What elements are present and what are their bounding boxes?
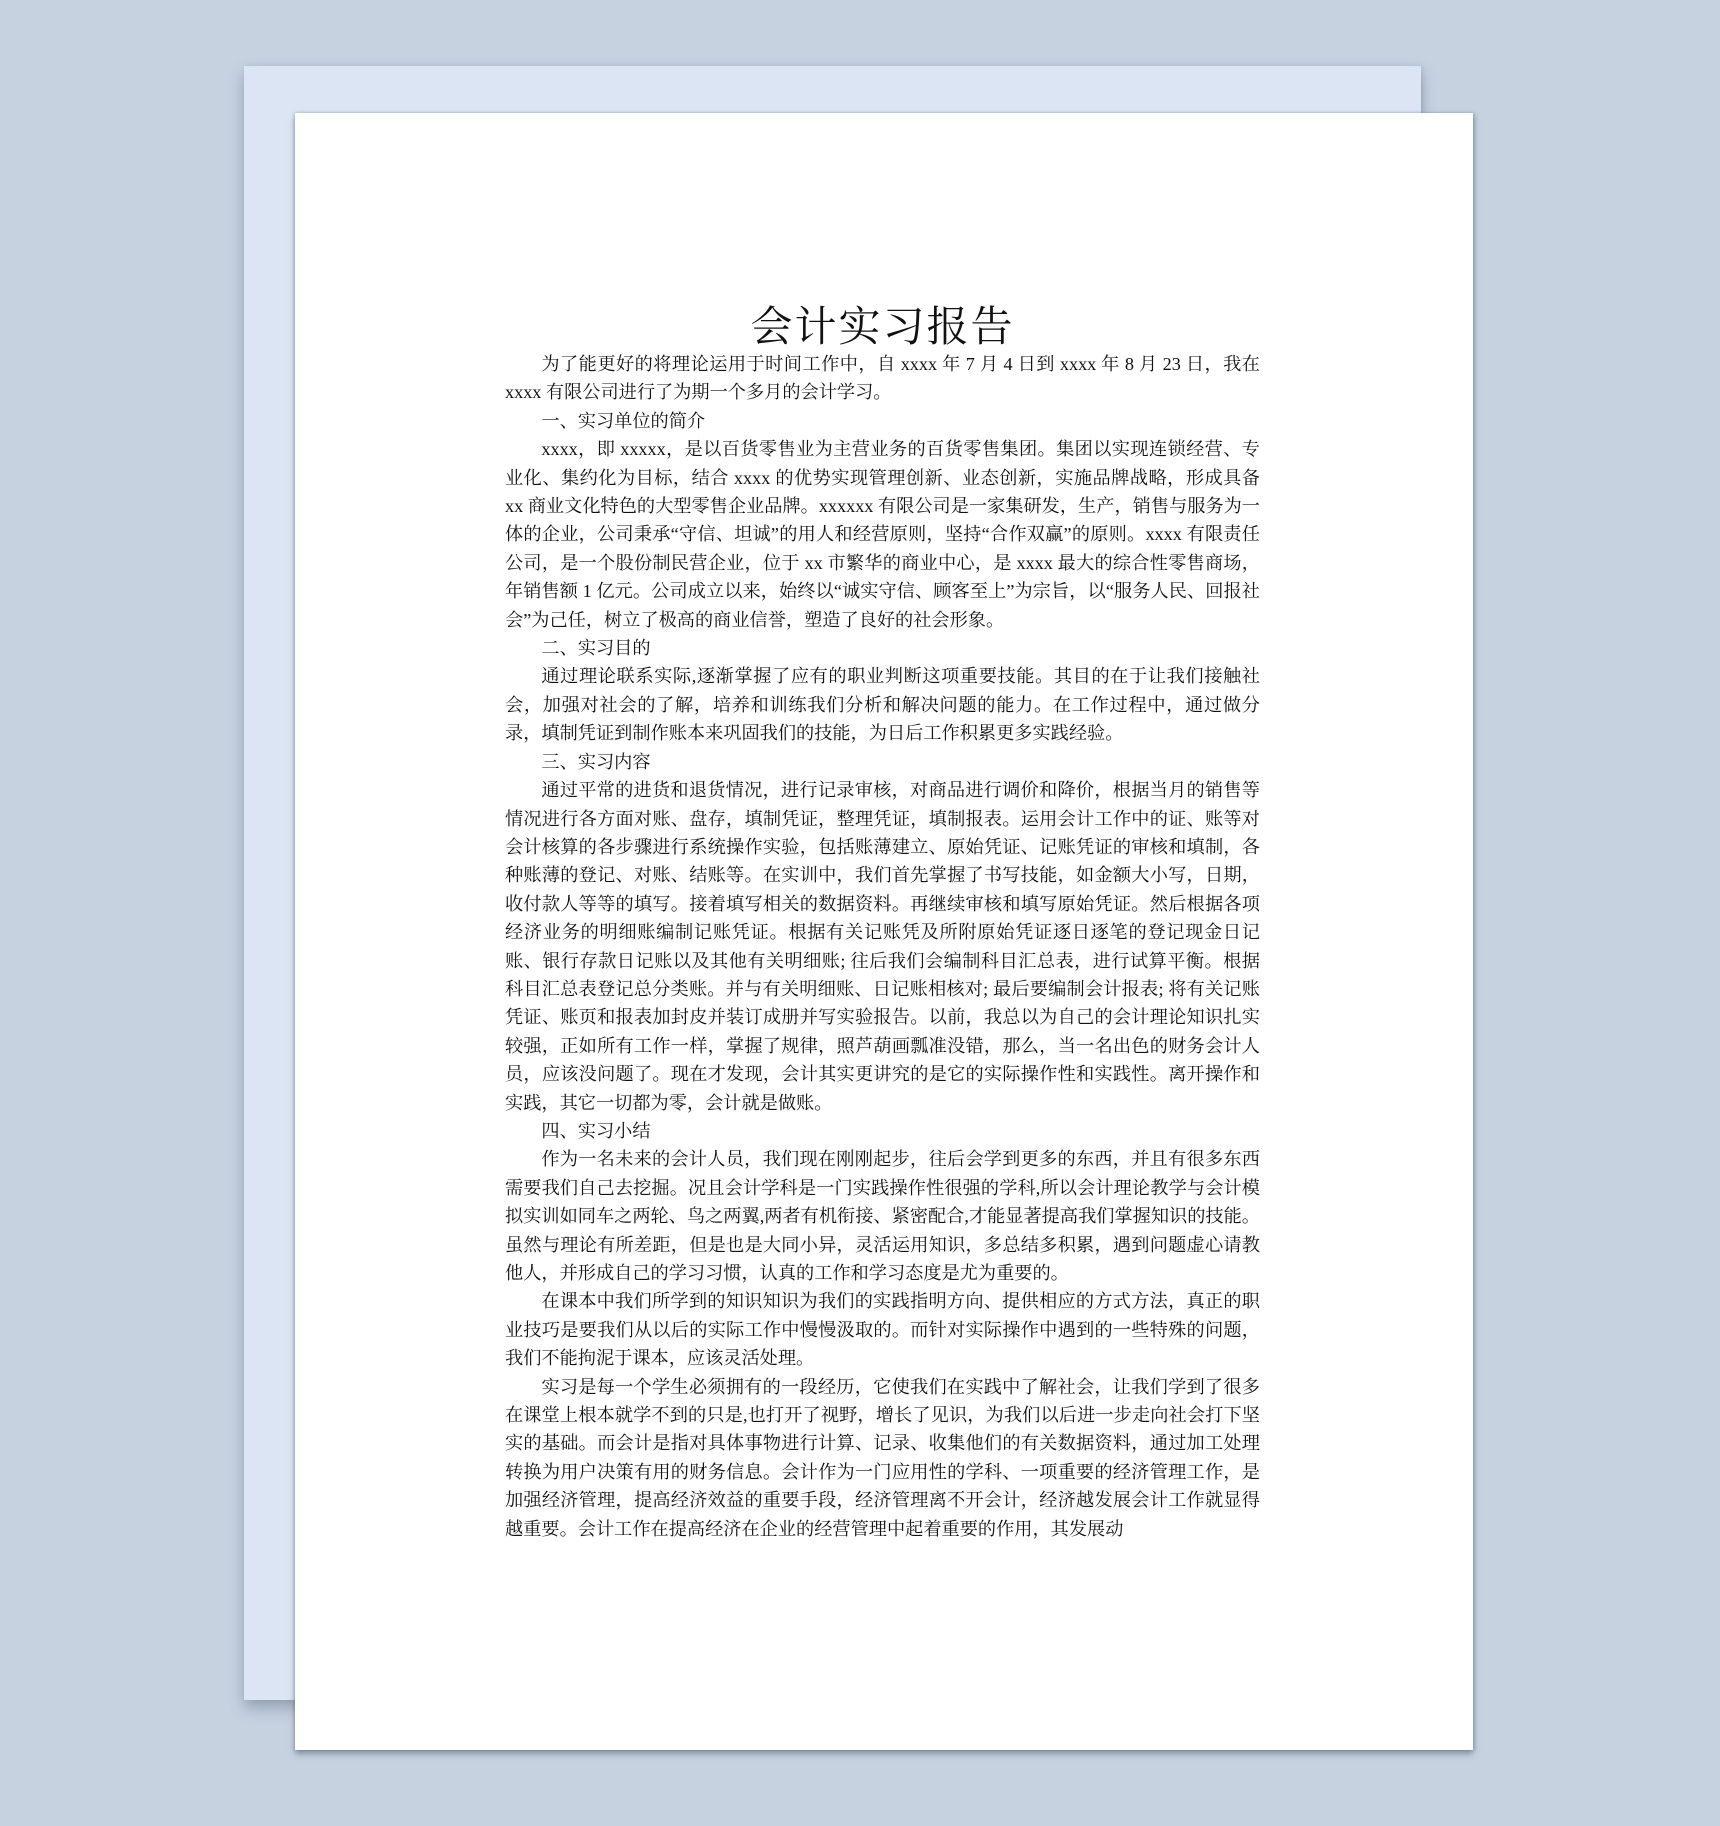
intro-paragraph: 为了能更好的将理论运用于时间工作中，自 xxxx 年 7 月 4 日到 xxxx… (505, 350, 1260, 407)
section-paragraph: 通过理论联系实际,逐渐掌握了应有的职业判断这项重要技能。其目的在于让我们接触社会… (505, 662, 1260, 747)
front-page-sheet: 会计实习报告 为了能更好的将理论运用于时间工作中，自 xxxx 年 7 月 4 … (295, 113, 1473, 1750)
section-paragraph: 实习是每一个学生必须拥有的一段经历，它使我们在实践中了解社会，让我们学到了很多在… (505, 1373, 1260, 1543)
section-paragraph: 在课本中我们所学到的知识知识为我们的实践指明方向、提供相应的方式方法，真正的职业… (505, 1287, 1260, 1372)
section-heading-summary: 四、实习小结 (505, 1117, 1260, 1145)
section-heading-purpose: 二、实习目的 (505, 634, 1260, 662)
section-paragraph: 作为一名未来的会计人员，我们现在刚刚起步，往后会学到更多的东西，并且有很多东西需… (505, 1145, 1260, 1287)
document-title: 会计实习报告 (505, 300, 1260, 356)
section-paragraph: xxxx，即 xxxxx，是以百货零售业为主营业务的百货零售集团。集团以实现连锁… (505, 435, 1260, 634)
document-body: 会计实习报告 为了能更好的将理论运用于时间工作中，自 xxxx 年 7 月 4 … (505, 300, 1260, 1543)
section-paragraph: 通过平常的进货和退货情况，进行记录审核，对商品进行调价和降价，根据当月的销售等情… (505, 776, 1260, 1117)
section-heading-content: 三、实习内容 (505, 748, 1260, 776)
section-heading-company-intro: 一、实习单位的简介 (505, 407, 1260, 435)
